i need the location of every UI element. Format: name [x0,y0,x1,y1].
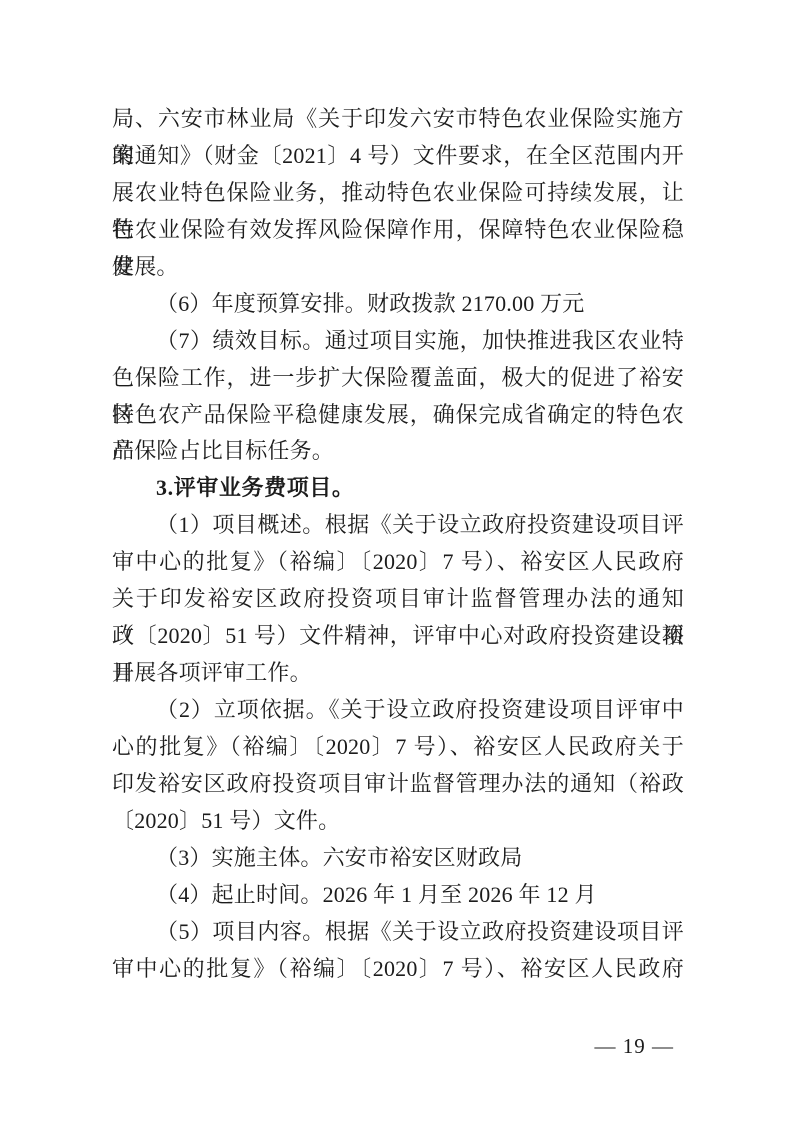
text-line: 〔2020〕51 号）文件。 [112,803,684,840]
text-line: 开展各项评审工作。 [112,655,684,692]
text-line: 局、六安市林业局《关于印发六安市特色农业保险实施方案 [112,101,684,138]
text-line: （7）绩效目标。通过项目实施，加快推进我区农业特 [112,323,684,360]
text-line: 印发裕安区政府投资项目审计监督管理办法的通知（裕政 [112,766,684,803]
page-number: — 19 — [595,1034,675,1058]
text-line: （5）项目内容。根据《关于设立政府投资建设项目评 [112,914,684,951]
text-line: 发展。 [112,249,684,286]
text-line: 色农业保险有效发挥风险保障作用，保障特色农业保险稳健 [112,212,684,249]
text-line: 审中心的批复》（裕编〕〔2020〕7 号）、裕安区人民政府 [112,951,684,988]
text-line: 审中心的批复》（裕编〕〔2020〕7 号）、裕安区人民政府 [112,544,684,581]
text-line: （3）实施主体。六安市裕安区财政局 [112,840,684,877]
text-line: 3.评审业务费项目。 [112,470,684,507]
document-body: 局、六安市林业局《关于印发六安市特色农业保险实施方案的通知》（财金〔2021〕4… [112,101,684,988]
document-page: 局、六安市林业局《关于印发六安市特色农业保险实施方案的通知》（财金〔2021〕4… [0,0,793,1122]
text-line: 品保险占比目标任务。 [112,433,684,470]
text-line: （2）立项依据。《关于设立政府投资建设项目评审中 [112,692,684,729]
text-line: （1）项目概述。根据《关于设立政府投资建设项目评 [112,507,684,544]
text-line: 的通知》（财金〔2021〕4 号）文件要求，在全区范围内开 [112,138,684,175]
text-line: 心的批复》（裕编〕〔2020〕7 号）、裕安区人民政府关于 [112,729,684,766]
text-line: 展农业特色保险业务，推动特色农业保险可持续发展，让特 [112,175,684,212]
text-line: 色保险工作，进一步扩大保险覆盖面，极大的促进了裕安区 [112,360,684,397]
text-line: 特色农产品保险平稳健康发展，确保完成省确定的特色农产 [112,397,684,434]
text-line: （6）年度预算安排。财政拨款 2170.00 万元 [112,286,684,323]
text-line: 政〔2020〕51 号）文件精神，评审中心对政府投资建设项目 [112,618,684,655]
text-line: 关于印发裕安区政府投资项目审计监督管理办法的通知（裕 [112,581,684,618]
text-line: （4）起止时间。2026 年 1 月至 2026 年 12 月 [112,877,684,914]
